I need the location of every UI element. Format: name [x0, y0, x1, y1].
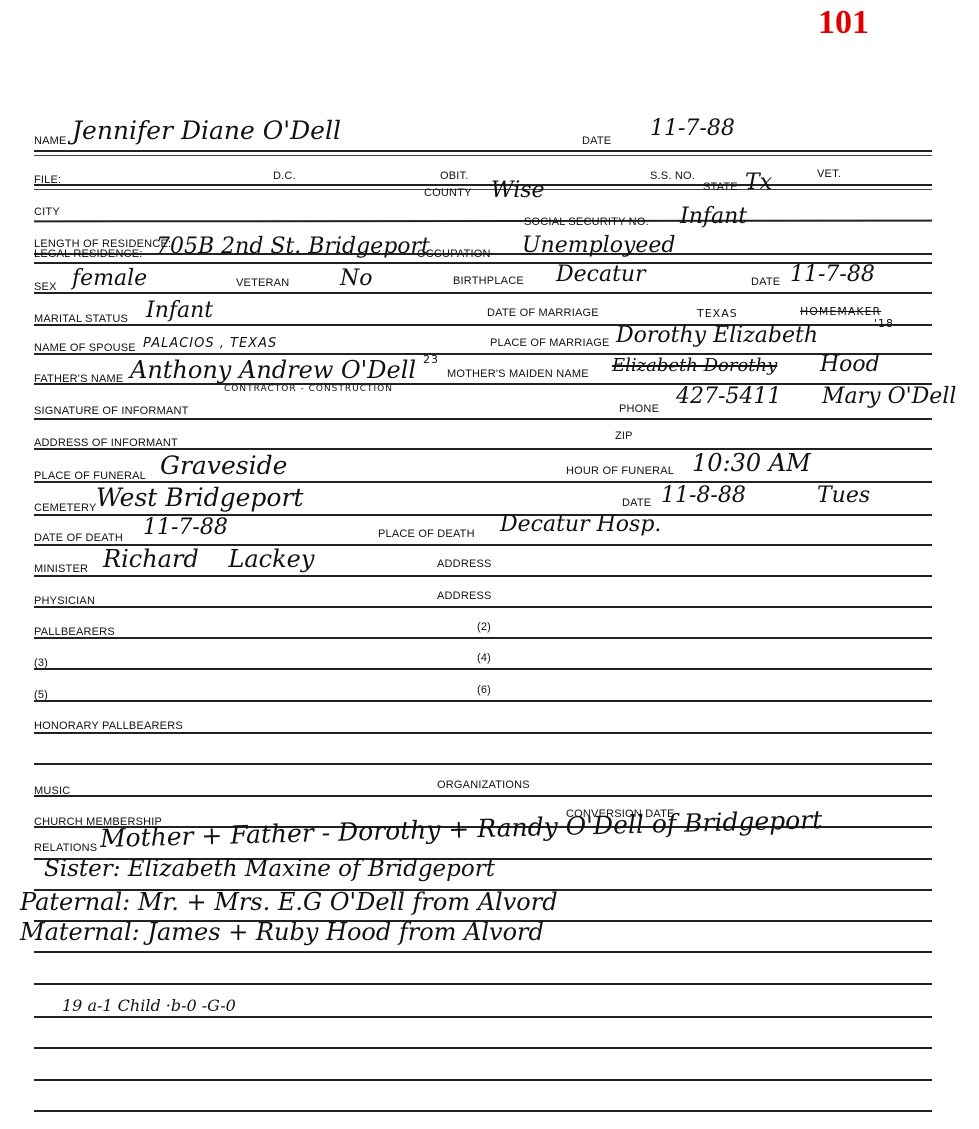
minister-address-label: ADDRESS: [437, 558, 492, 570]
date-of-marriage-label: DATE OF MARRIAGE: [487, 307, 599, 319]
legal-residence-label: LEGAL RESIDENCE:: [34, 248, 143, 260]
veteran-value[interactable]: No: [340, 268, 373, 290]
hour-of-funeral-label: HOUR OF FUNERAL: [566, 465, 674, 477]
county-value[interactable]: Wise: [491, 180, 545, 202]
hour-of-funeral-value[interactable]: 10:30 AM: [692, 451, 811, 475]
social-security-value[interactable]: Infant: [680, 206, 747, 228]
dc-label: D.C.: [273, 170, 296, 182]
spouse-value[interactable]: PALACIOS , TEXAS: [143, 337, 277, 350]
rule-notes-5: [34, 1110, 932, 1112]
legal-residence-value[interactable]: 705B 2nd St. Bridgeport: [156, 236, 430, 258]
place-of-marriage-note: '18: [874, 318, 894, 329]
rule-name: [34, 150, 932, 156]
rule-music: [34, 795, 932, 797]
place-of-marriage-label: PLACE OF MARRIAGE: [490, 337, 610, 349]
minister-value[interactable]: Richard Lackey: [103, 547, 314, 571]
rule-signature: [34, 418, 932, 420]
state-label: STATE: [703, 181, 738, 193]
organizations-label: ORGANIZATIONS: [437, 779, 530, 791]
rule-pallbearers-1: [34, 637, 932, 639]
father-occupation-note: CONTRACTOR - CONSTRUCTION: [224, 385, 393, 394]
rule-notes-2: [34, 1016, 932, 1018]
rule-minister: [34, 575, 932, 577]
honorary-pallbearers-label: HONORARY PALLBEARERS: [34, 720, 183, 732]
city-label: CITY: [34, 206, 60, 218]
cemetery-value[interactable]: West Bridgeport: [96, 485, 303, 510]
minister-label: MINISTER: [34, 563, 88, 575]
phone-label: PHONE: [619, 403, 659, 415]
funeral-date-value[interactable]: 11-8-88: [661, 485, 746, 507]
name-value[interactable]: Jennifer Diane O'Dell: [72, 118, 341, 143]
marital-status-value[interactable]: Infant: [146, 300, 213, 322]
pallbearer-slot-2: (2): [477, 621, 491, 633]
occupation-value[interactable]: Unemployeed: [522, 235, 676, 257]
occupation-label: OCCUPATION: [417, 248, 491, 260]
cemetery-label: CEMETERY: [34, 502, 97, 514]
mothers-maiden-name-label: MOTHER'S MAIDEN NAME: [447, 368, 589, 380]
rule-spouse: [34, 353, 932, 355]
page-number: 101: [818, 4, 869, 42]
vet-label: VET.: [817, 168, 841, 180]
relations-line-2[interactable]: Sister: Elizabeth Maxine of Bridgeport: [44, 858, 495, 881]
place-of-marriage-value[interactable]: Dorothy Elizabeth: [616, 325, 818, 347]
place-of-death-value[interactable]: Decatur Hosp.: [500, 514, 661, 536]
relations-line-1[interactable]: Mother + Father - Dorothy + Randy O'Dell…: [100, 807, 823, 851]
sex-value[interactable]: female: [72, 268, 147, 290]
date-of-death-value[interactable]: 11-7-88: [143, 517, 228, 539]
mothers-maiden-name-struck: Elizabeth Dorothy: [612, 357, 777, 375]
date-of-death-label: DATE OF DEATH: [34, 532, 123, 544]
birthplace-label: BIRTHPLACE: [453, 275, 524, 287]
date-value[interactable]: 11-7-88: [650, 118, 735, 140]
rule-sex: [34, 292, 932, 294]
place-of-funeral-value[interactable]: Graveside: [160, 453, 287, 478]
informant-name[interactable]: Mary O'Dell: [822, 386, 956, 408]
phone-value[interactable]: 427-5411: [676, 386, 781, 408]
veteran-label: VETERAN: [236, 277, 289, 289]
pallbearer-slot-6: (6): [477, 684, 491, 696]
marriage-note-homemaker: HOMEMAKER: [800, 306, 881, 317]
rule-fathers-name: [34, 383, 932, 385]
state-value[interactable]: Tx: [745, 172, 772, 194]
date-label: DATE: [582, 135, 611, 147]
rule-honorary-1: [34, 732, 932, 734]
relations-label: RELATIONS: [34, 842, 97, 854]
social-security-label: SOCIAL SECURITY NO.: [524, 216, 649, 228]
mothers-maiden-name-value[interactable]: Hood: [820, 354, 880, 376]
pallbearer-slot-4: (4): [477, 652, 491, 664]
rule-relations-4: [34, 951, 932, 953]
signature-informant-label: SIGNATURE OF INFORMANT: [34, 405, 189, 417]
rule-pallbearers-3: [34, 700, 932, 702]
place-of-death-label: PLACE OF DEATH: [378, 528, 475, 540]
funeral-date-label: DATE: [622, 497, 651, 509]
father-age-note: 23: [423, 354, 439, 365]
birth-date-label: DATE: [751, 276, 780, 288]
rule-honorary-2: [34, 763, 932, 765]
rule-notes-4: [34, 1079, 932, 1081]
rule-file: [34, 184, 932, 190]
name-label: NAME: [34, 135, 67, 147]
rule-notes-3: [34, 1047, 932, 1049]
rule-city: [34, 220, 932, 223]
relations-line-3[interactable]: Paternal: Mr. + Mrs. E.G O'Dell from Alv…: [20, 890, 558, 914]
zip-label: ZIP: [615, 430, 633, 442]
notes-line[interactable]: 19 a-1 Child ·b-0 -G-0: [62, 998, 236, 1014]
rule-pallbearers-2: [34, 668, 932, 670]
obit-label: OBIT.: [440, 170, 469, 182]
marriage-note-texas: TEXAS: [697, 308, 738, 319]
relations-line-4[interactable]: Maternal: James + Ruby Hood from Alvord: [20, 920, 544, 944]
rule-notes-1: [34, 983, 932, 985]
birthplace-value[interactable]: Decatur: [556, 264, 646, 286]
ss-no-label: S.S. NO.: [650, 170, 695, 182]
funeral-day-value[interactable]: Tues: [817, 485, 870, 507]
fathers-name-value[interactable]: Anthony Andrew O'Dell: [130, 358, 416, 382]
county-label: COUNTY: [424, 187, 472, 199]
birth-date-value[interactable]: 11-7-88: [790, 264, 875, 286]
rule-physician: [34, 606, 932, 608]
physician-address-label: ADDRESS: [437, 590, 492, 602]
